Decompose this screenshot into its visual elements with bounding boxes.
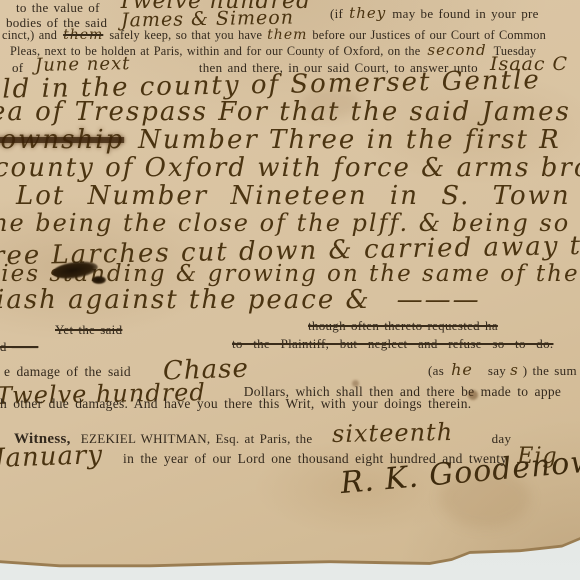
printed-if-label: (if bbox=[330, 6, 343, 21]
ink-blot-small bbox=[92, 276, 106, 284]
line-signature: R. K. Goodenow CLERK bbox=[340, 455, 580, 490]
printed-found-label: may be found in your pre bbox=[392, 6, 538, 21]
handwritten-peace-dash: ——— bbox=[397, 285, 481, 315]
printed-struck-yet: Yet the said bbox=[55, 322, 122, 338]
handwritten-line-number: township Number Three in the first R bbox=[0, 125, 561, 155]
printed-struck-plaintiff: to the Plaintiff, but neglect and refuse… bbox=[232, 336, 553, 352]
handwritten-line-peace: iash against the peace & ——— bbox=[0, 285, 481, 315]
photo-of-document: to the value of Twelve hundred bodies of… bbox=[0, 0, 580, 580]
printed-cinct-label: cinct,) and bbox=[2, 28, 57, 42]
printed-struck-requested: though often thereto requested ha bbox=[308, 318, 498, 334]
handwritten-january: January bbox=[0, 440, 104, 474]
handwritten-line-trespass: ea of Trespass For that the said James bbox=[0, 97, 571, 127]
handwritten-line-lot: Lot Number Nineteen in S. Town bbox=[16, 181, 571, 211]
handwritten-line-oxford: county of Oxford with force & arms bro bbox=[0, 153, 580, 183]
printed-justices-label: before our Justices of our Court of Comm… bbox=[312, 28, 546, 42]
handwritten-township-struck: township bbox=[0, 125, 124, 155]
printed-of-label: of bbox=[12, 60, 23, 75]
printed-keep-label: safely keep, so that you have bbox=[109, 28, 262, 42]
line-if-found: (if they may be found in your pre bbox=[330, 4, 539, 23]
printed-damages-label: h other due damages. And have you there … bbox=[0, 396, 471, 412]
handwritten-peace-text: iash against the peace & bbox=[0, 285, 371, 315]
writ-document-paper: to the value of Twelve hundred bodies of… bbox=[0, 0, 580, 580]
handwritten-they: they bbox=[349, 4, 386, 22]
handwritten-number-three: Number Three in the first R bbox=[138, 125, 561, 155]
